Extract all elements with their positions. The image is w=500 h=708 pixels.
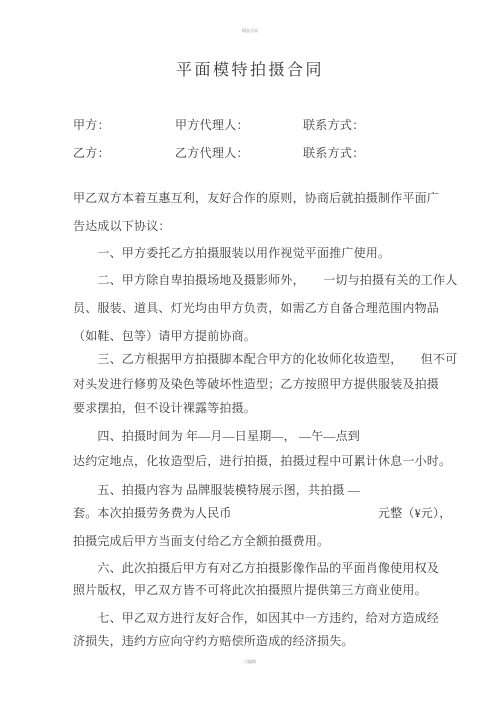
contract-clause-3-line: 三、乙方根据甲方拍摄脚本配合甲方的化妆师化妆造型， 但不可 xyxy=(73,352,457,366)
contract-clause-4-line: 达约定地点，化妆造型后，进行拍摄，拍摄过程中可累计休息一小时。 xyxy=(73,454,451,468)
contract-clause-3-line: 对头发进行修剪及染色等破坏性造型；乙方按照甲方提供服装及拍摄 xyxy=(73,377,439,391)
contract-document-page: 精品合同 平面模特拍摄合同 甲方： 甲方代理人： 联系方式： 乙方： 乙方代理人… xyxy=(0,0,500,708)
contract-clause-3-line: 要求摆拍，但不设计裸露等拍摄。 xyxy=(73,401,256,415)
contract-clause-7-line: 七、甲乙双方进行友好合作，如因其中一方违约，给对方造成经 xyxy=(73,611,439,625)
contract-clause-6-line: 六、此次拍摄后甲方有对乙方拍摄影像作品的平面肖像使用权及 xyxy=(73,561,439,575)
contract-clause-5-line: 套。本次拍摄劳务费为人民币 元整（¥元）， xyxy=(73,506,451,520)
contract-clause-7-line: 济损失，违约方应向守约方赔偿所造成的经济损失。 xyxy=(73,634,354,648)
party-b-contact-label: 联系方式： xyxy=(303,144,365,161)
page-footer-watermark: 可编辑 xyxy=(0,658,500,666)
contract-clause-6-line: 照片版权，甲乙双方皆不可将此次拍摄照片提供第三方商业使用。 xyxy=(73,583,427,597)
contract-intro-line: 告达成以下协议： xyxy=(73,219,171,233)
party-a-agent-label: 甲方代理人： xyxy=(175,116,249,133)
contract-clause-5-line: 拍摄完成后甲方当面支付给乙方全额拍摄费用。 xyxy=(73,534,329,548)
contract-clause-2-line: （如鞋、包等）请甲方提前协商。 xyxy=(73,329,256,343)
page-header-watermark: 精品合同 xyxy=(0,27,500,35)
document-title: 平面模特拍摄合同 xyxy=(0,57,500,80)
party-b-agent-label: 乙方代理人： xyxy=(175,144,249,161)
party-a-contact-label: 联系方式： xyxy=(303,116,365,133)
contract-clause-5-line: 五、拍摄内容为 品牌服装模特展示图，共拍摄 — xyxy=(73,483,360,497)
contract-clause-4-line: 四、拍摄时间为 年—月—日星期—， —午—点到 xyxy=(73,429,360,443)
page-footer-watermark-text: 可编辑 xyxy=(244,660,256,664)
party-b-label: 乙方： xyxy=(73,144,110,161)
page-header-watermark-text: 精品合同 xyxy=(242,29,258,33)
contract-clause-1-line: 一、甲方委托乙方拍摄服装以用作视觉平面推广使用。 xyxy=(73,246,390,260)
contract-intro-line: 甲乙双方本着互惠互利，友好合作的原则，协商后就拍摄制作平面广 xyxy=(73,191,439,205)
party-a-label: 甲方： xyxy=(73,116,110,133)
contract-clause-2-line: 员、服装、道具、灯光均由甲方负责，如需乙方自备合理范围内物品 xyxy=(73,301,439,315)
contract-clause-2-line: 二、甲方除自卑拍摄场地及摄影师外， 一切与拍摄有关的工作人 xyxy=(73,273,457,287)
